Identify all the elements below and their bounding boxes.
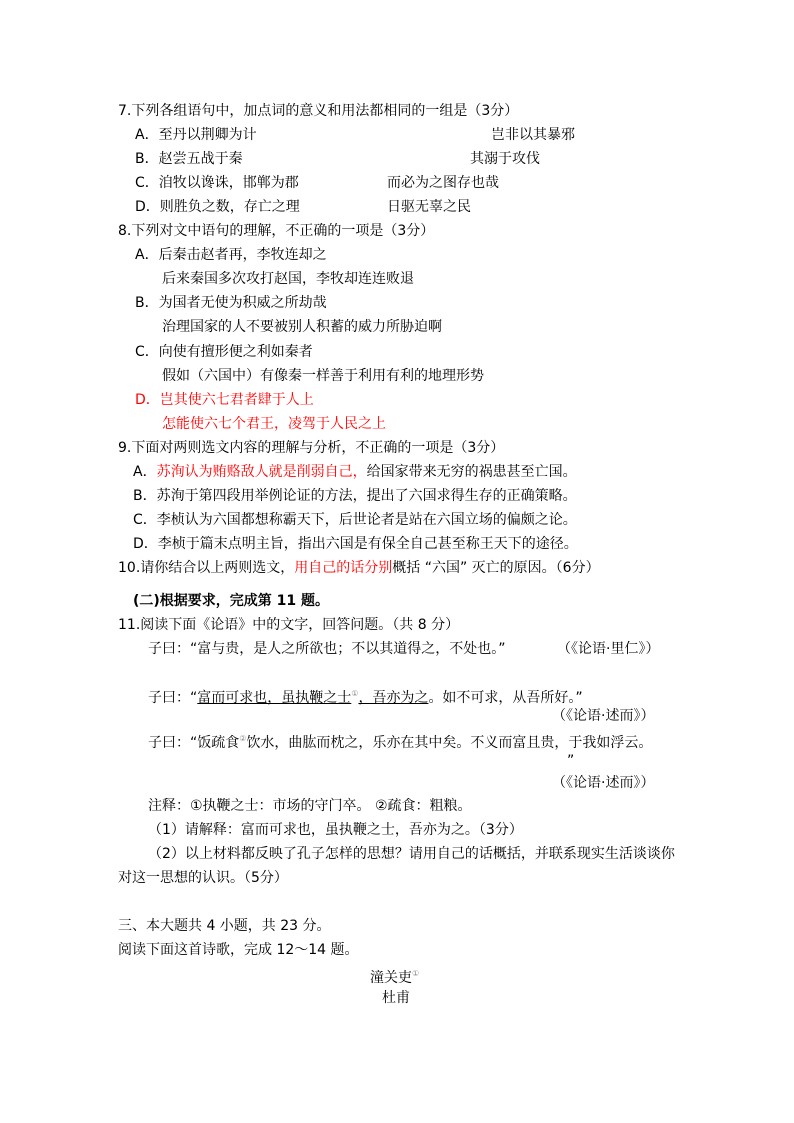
section3-intro: 阅读下面这首诗歌，完成 12～14 题。 xyxy=(118,942,359,958)
q7-option-c: C．洎牧以谗诛，邯郸为郡 xyxy=(135,175,299,191)
section3-heading: 三、本大题共 4 小题，共 23 分。 xyxy=(118,918,331,934)
q8-option-c: C．向使有擅形便之利如秦者 xyxy=(135,344,313,360)
q7-option-d: D．则胜负之数，存亡之理 xyxy=(135,199,300,215)
q8-stem: 8.下列对文中语句的理解，不正确的一项是（3分） xyxy=(118,223,434,239)
q11-sub2-line1: （2）以上材料都反映了孔子怎样的思想？请用自己的话概括，并联系现实生活谈谈你 xyxy=(148,846,675,862)
q8-option-d: D．岂其使六七君者肆于人上 xyxy=(135,392,314,408)
q9-option-d: D．李桢于篇末点明主旨，指出六国是有保全自己甚至称王天下的途径。 xyxy=(133,536,578,552)
q7-option-b-right: 其溺于攻伐 xyxy=(470,151,540,167)
q8-option-b-explain: 治理国家的人不要被别人积蓄的威力所胁迫啊 xyxy=(162,319,442,335)
q9-stem: 9.下面对两则选文内容的理解与分析，不正确的一项是（3分） xyxy=(118,440,504,456)
q11-quote1-source: （《论语·里仁》） xyxy=(557,641,659,657)
q8-option-c-explain: 假如（六国中）有像秦一样善于利用有利的地理形势 xyxy=(162,368,484,384)
q11-quote3: 子曰：“饭疏食②饮水，曲肱而枕之，乐亦在其中矣。不义而富且贵，于我如浮云。 xyxy=(148,731,652,751)
q7-option-a: A．至丹以荆卿为计 xyxy=(135,127,257,143)
q11-sub1: （1）请解释：富而可求也，虽执鞭之士，吾亦为之。（3分） xyxy=(148,822,523,838)
q11-quote2-source: （《论语·述而》） xyxy=(552,708,654,724)
q11-quote3-source: （《论语·述而》） xyxy=(552,775,654,791)
q7-option-d-right: 日驱无辜之民 xyxy=(387,199,471,215)
poem-author: 杜甫 xyxy=(382,990,410,1006)
q7-option-c-right: 而必为之图存也哉 xyxy=(387,175,499,191)
q11-quote3-closing: ” xyxy=(567,753,574,769)
q9-option-c: C．李桢认为六国都想称霸天下，后世论者是站在六国立场的偏颇之论。 xyxy=(133,512,577,528)
q11-sub2-line2: 对这一思想的认识。（5分） xyxy=(118,870,288,886)
q11-quote2: 子曰：“富而可求也，虽执鞭之士①，吾亦为之。如不可求，从吾所好。” xyxy=(148,686,583,706)
q8-option-d-explain: 怎能使六七个君王，凌驾于人民之上 xyxy=(162,416,386,432)
q11-quote1: 子曰：“富与贵，是人之所欲也；不以其道得之，不处也。” xyxy=(148,641,506,657)
q7-option-b: B．赵尝五战于秦 xyxy=(135,151,243,167)
q7-stem: 7.下列各组语句中，加点词的意义和用法都相同的一组是（3分） xyxy=(118,103,518,119)
q9-option-a: A．苏洵认为贿赂敌人就是削弱自己，给国家带来无穷的祸患甚至亡国。 xyxy=(133,464,577,480)
section2-heading: (二)根据要求，完成第 11 题。 xyxy=(133,593,329,609)
q11-stem: 11.阅读下面《论语》中的文字，回答问题。（共 8 分） xyxy=(118,617,459,633)
q11-notes: 注释：①执鞭之士：市场的守门卒。 ②疏食：粗粮。 xyxy=(148,798,472,814)
q8-option-b: B．为国者无使为积威之所劫哉 xyxy=(135,295,327,311)
q9-option-b: B．苏洵于第四段用举例论证的方法，提出了六国求得生存的正确策略。 xyxy=(133,488,577,504)
q8-option-a: A．后秦击赵者再，李牧连却之 xyxy=(135,247,327,263)
footnote-marker-poem: ① xyxy=(412,969,419,978)
q7-option-a-right: 岂非以其暴邪 xyxy=(491,127,575,143)
poem-title: 潼关吏① xyxy=(370,966,419,986)
q8-option-a-explain: 后来秦国多次攻打赵国，李牧却连连败退 xyxy=(162,271,414,287)
q10-stem: 10.请你结合以上两则选文，用自己的话分别概括 “六国” 灭亡的原因。（6分） xyxy=(118,560,600,576)
